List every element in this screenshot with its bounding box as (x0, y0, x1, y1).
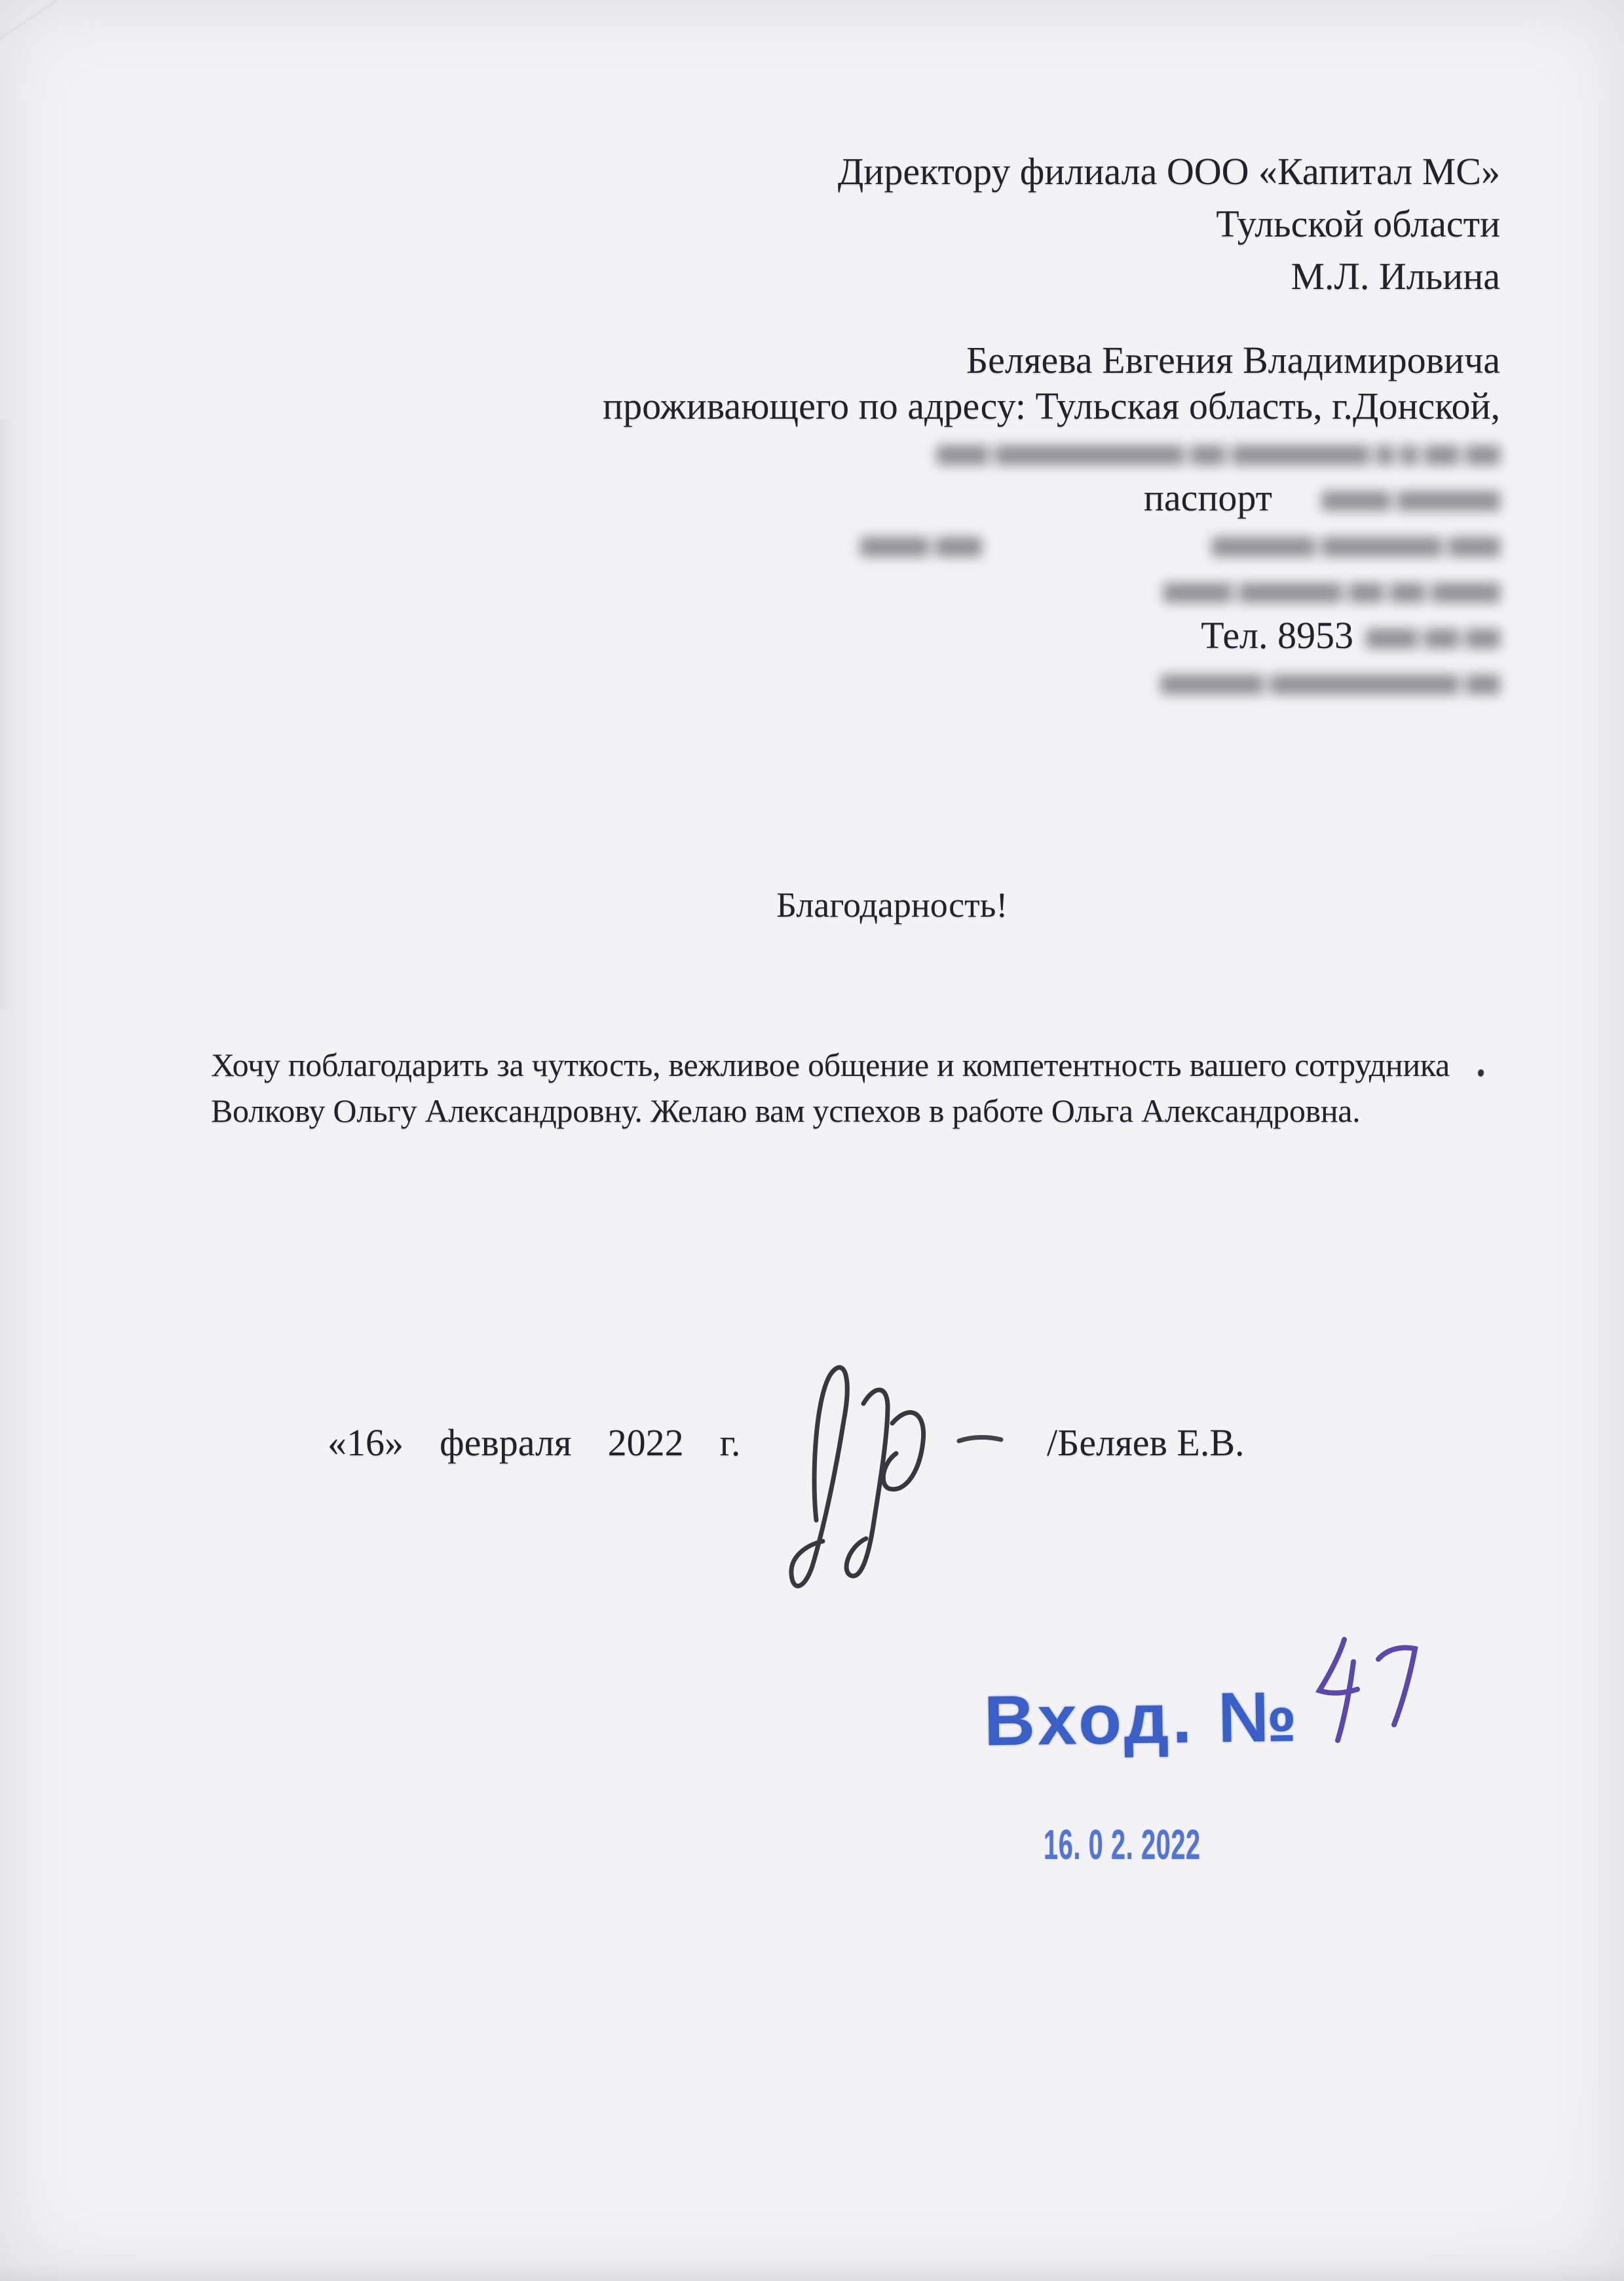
redacted-phone-rest: ▆▆▆ ▆▆ ▆▆ (1357, 618, 1500, 653)
date-day: «16» (328, 1421, 404, 1464)
date-stamp: 16. 0 2. 2022 (1044, 1820, 1201, 1869)
redacted-issued-by-2: ▆▆▆▆ ▆▆▆▆▆▆ ▆▆ ▆▆ ▆▆▆▆ (1114, 572, 1500, 607)
crease-mark (0, 419, 14, 1009)
phone-label: Тел. 8953 (1201, 614, 1353, 657)
date-year-suffix: г. (720, 1421, 741, 1464)
signature-dash (956, 1434, 1004, 1444)
date-year: 2022 (608, 1421, 684, 1464)
body-line-1: Хочу поблагодарить за чуткость, вежливое… (211, 1042, 1450, 1088)
sender-block: Беляева Евгения Владимировича проживающе… (603, 337, 1500, 704)
sender-name-line: Беляева Евгения Владимировича (603, 337, 1500, 383)
crease-mark (0, 0, 137, 43)
ink-dot (1478, 1069, 1484, 1077)
sender-redacted-issued-line-2: ▆▆▆▆ ▆▆▆▆▆▆ ▆▆ ▆▆ ▆▆▆▆ (603, 567, 1500, 613)
recipient-block: Директору филиала ООО «Капитал МС» Тульс… (838, 145, 1500, 303)
recipient-line-1: Директору филиала ООО «Капитал МС» (838, 145, 1500, 198)
passport-label: паспорт (1144, 476, 1272, 519)
incoming-stamp: Вход. № (983, 1676, 1300, 1762)
signature-scribble (753, 1349, 963, 1598)
sender-redacted-issued-line-1: ▆▆▆▆ ▆▆▆▆▆▆▆▆▆ ▆▆▆▆▆▆▆ ▆▆▆ (603, 521, 1500, 567)
incoming-stamp-label: Вход. № (983, 1677, 1300, 1761)
redacted-issued-by-a: ▆▆▆▆ ▆▆▆ (860, 526, 982, 562)
signed-name: /Беляев Е.В. (1047, 1421, 1245, 1465)
date-month: февраля (440, 1421, 572, 1464)
sender-phone-line: Тел. 8953▆▆▆ ▆▆ ▆▆ (603, 613, 1500, 659)
letter-body: Хочу поблагодарить за чуткость, вежливое… (211, 1042, 1450, 1134)
redacted-issued-by-b: ▆▆▆▆▆▆ ▆▆▆▆▆▆▆ ▆▆▆ (1098, 526, 1500, 562)
sender-redacted-email-line: ▆▆▆▆▆▆ ▆▆▆▆▆▆▆▆▆▆▆ ▆▆ (603, 659, 1500, 704)
recipient-line-3: М.Л. Ильина (838, 250, 1500, 303)
redacted-passport-number: ▆▆▆▆ ▆▆▆▆▆▆ (1284, 480, 1500, 516)
sender-address-line: проживающего по адресу: Тульская область… (603, 383, 1500, 429)
letter-title: Благодарность! (776, 885, 1008, 925)
sender-passport-line: паспорт▆▆▆▆ ▆▆▆▆▆▆ (603, 475, 1500, 521)
redacted-address: ▆▆▆ ▆▆▆▆▆▆▆▆▆▆▆ ▆▆ ▆▆▆▆▆▆▆▆ ▆ ▆ ▆▆ ▆▆ (770, 434, 1500, 470)
redacted-email: ▆▆▆▆▆▆ ▆▆▆▆▆▆▆▆▆▆▆ ▆▆ (1086, 664, 1500, 699)
sender-redacted-address-line: ▆▆▆ ▆▆▆▆▆▆▆▆▆▆▆ ▆▆ ▆▆▆▆▆▆▆▆ ▆ ▆ ▆▆ ▆▆ (603, 429, 1500, 475)
scanned-letter-page: Директору филиала ООО «Капитал МС» Тульс… (0, 0, 1624, 2281)
recipient-line-2: Тульской области (838, 198, 1500, 250)
crease-mark (0, 2264, 1624, 2281)
body-line-2: Волкову Ольгу Александровну. Желаю вам у… (211, 1088, 1450, 1134)
incoming-number-handwritten (1305, 1630, 1443, 1761)
date-line: «16»февраля2022г. (328, 1421, 740, 1465)
